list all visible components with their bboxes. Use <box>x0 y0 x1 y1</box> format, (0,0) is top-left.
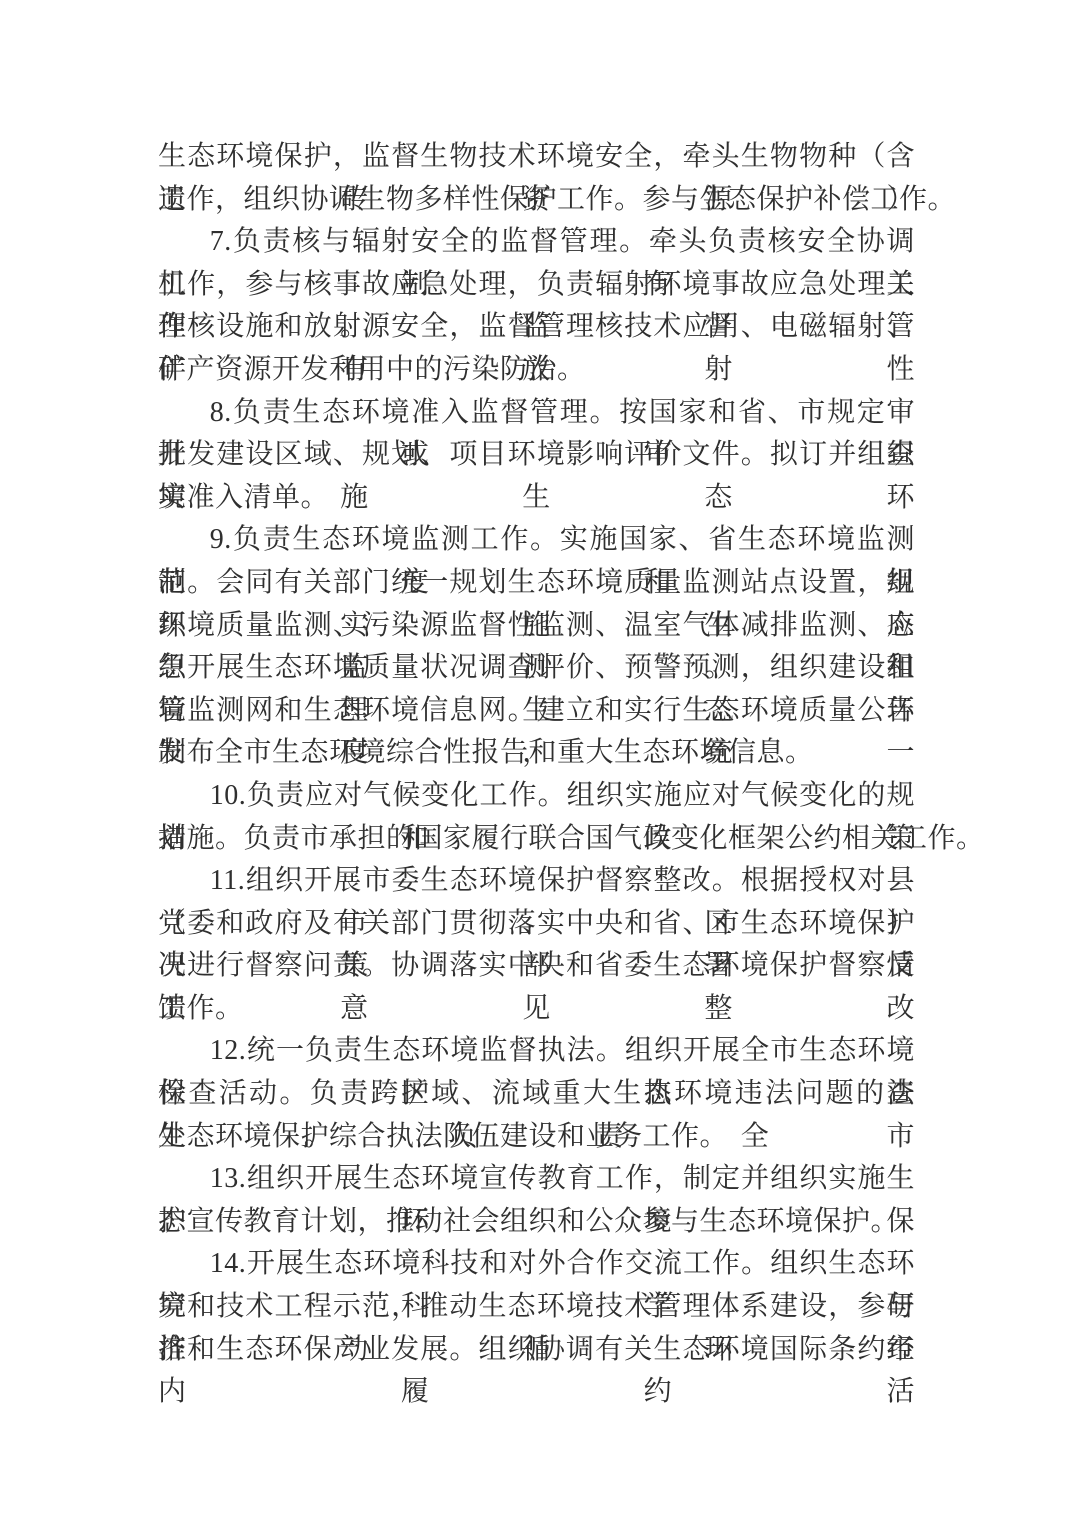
doc-line: 工作，组织协调生物多样性保护工作。参与生态保护补偿工作。 <box>158 179 915 222</box>
document-body-text: 生态环境保护，监督生物技术环境安全，牵头生物物种（含遗传资源） 工作，组织协调生… <box>158 136 915 1371</box>
doc-line: 生态环境保护，监督生物技术环境安全，牵头生物物种（含遗传资源） <box>158 136 915 179</box>
doc-line: 护宣传教育计划，推动社会组织和公众参与生态环境保护。 <box>158 1201 915 1244</box>
doc-line-item-7: 7.负责核与辐射安全的监督管理。牵头负责核安全协调机制有关 <box>158 221 915 264</box>
doc-line: 检查活动。负责跨区域、流域重大生态环境违法问题的查处。负责全市 <box>158 1073 915 1116</box>
doc-line: 织开展生态环境质量状况调查评价、预警预测，组织建设和管理生态环 <box>158 647 915 690</box>
doc-line-item-13: 13.组织开展生态环境宣传教育工作，制定并组织实施生态环境保 <box>158 1158 915 1201</box>
doc-line-item-9: 9.负责生态环境监测工作。实施国家、省生态环境监测制度和规 <box>158 519 915 562</box>
doc-line: 济和生态环保产业发展。组织协调有关生态环境国际条约市内履约活 <box>158 1329 915 1372</box>
document-page: 生态环境保护，监督生物技术环境安全，牵头生物物种（含遗传资源） 工作，组织协调生… <box>0 0 1074 1520</box>
doc-line-item-8: 8.负责生态环境准入监督管理。按国家和省、市规定审批或审查 <box>158 392 915 435</box>
doc-line: 况进行督察问责。协调落实中央和省委生态环境保护督察反馈意见整改 <box>158 945 915 988</box>
doc-line: 理核设施和放射源安全，监督管理核技术应用、电磁辐射、伴有放射性 <box>158 306 915 349</box>
doc-line: 开发建设区域、规划、项目环境影响评价文件。拟订并组织实施生态环 <box>158 434 915 477</box>
doc-line: 范。会同有关部门统一规划生态环境质量监测站点设置，组织实施生态 <box>158 562 915 605</box>
doc-line-item-14: 14.开展生态环境科技和对外合作交流工作。组织生态环境科学研 <box>158 1243 915 1286</box>
doc-line: 工作，参与核事故应急处理，负责辐射环境事故应急处理工作。监督管 <box>158 264 915 307</box>
doc-line: 发布全市生态环境综合性报告和重大生态环境信息。 <box>158 732 915 775</box>
doc-line: 境监测网和生态环境信息网。建立和实行生态环境质量公告制度，统一 <box>158 690 915 733</box>
doc-line: 环境质量监测、污染源监督性监测、温室气体减排监测、应急监测。组 <box>158 605 915 648</box>
doc-line: 措施。负责市承担的国家履行联合国气候变化框架公约相关工作。 <box>158 818 915 861</box>
doc-line: 究和技术工程示范，推动生态环境技术管理体系建设，参与推动循环经 <box>158 1286 915 1329</box>
doc-line-item-12: 12.统一负责生态环境监督执法。组织开展全市生态环境保护执法 <box>158 1030 915 1073</box>
doc-line-item-10: 10.负责应对气候变化工作。组织实施应对气候变化的规划和政策 <box>158 775 915 818</box>
doc-line: 党委和政府及有关部门贯彻落实中央和省、市生态环境保护决策部署情 <box>158 903 915 946</box>
doc-line-item-11: 11.组织开展市委生态环境保护督察整改。根据授权对县（市、区） <box>158 860 915 903</box>
